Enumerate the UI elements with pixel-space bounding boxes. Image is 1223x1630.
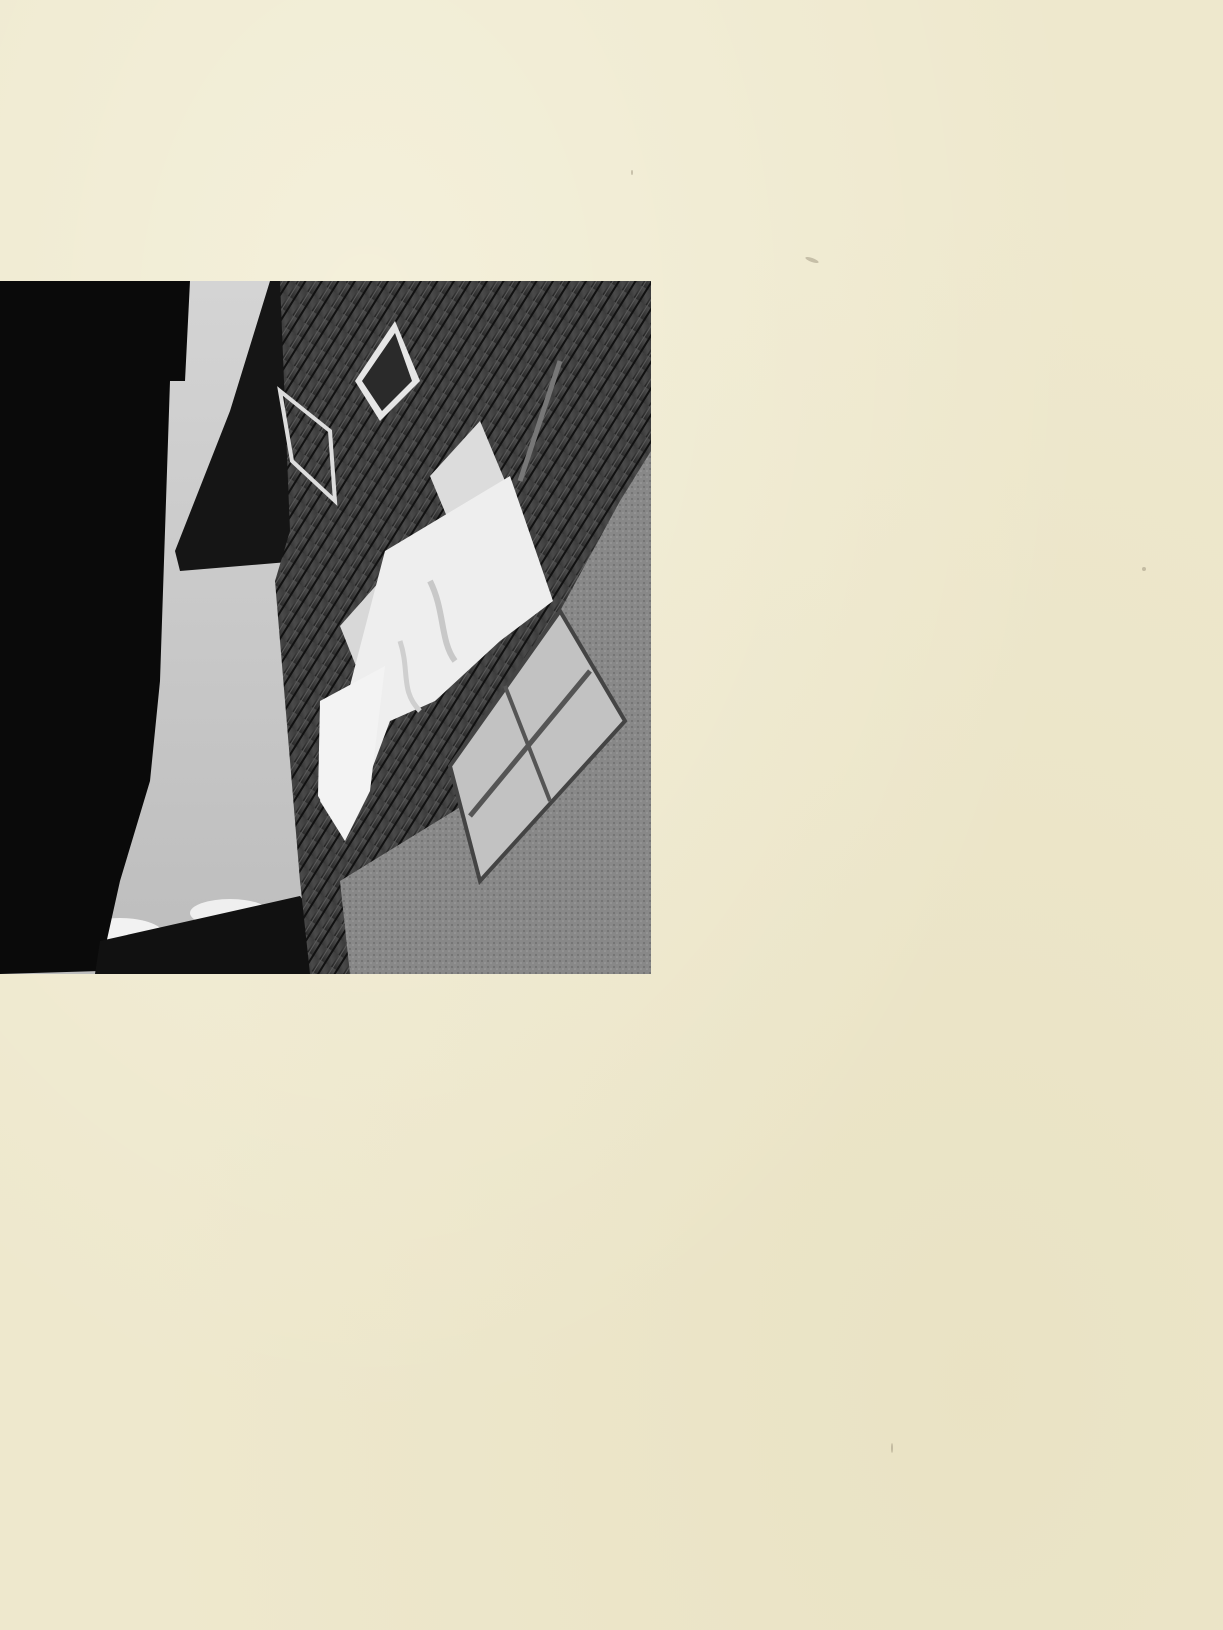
paper-speck (805, 256, 820, 265)
paper-speck (631, 170, 633, 175)
paper-speck (1142, 567, 1146, 571)
photo-scene (0, 281, 651, 974)
mounted-photograph (0, 281, 651, 974)
paper-speck (891, 1443, 893, 1453)
